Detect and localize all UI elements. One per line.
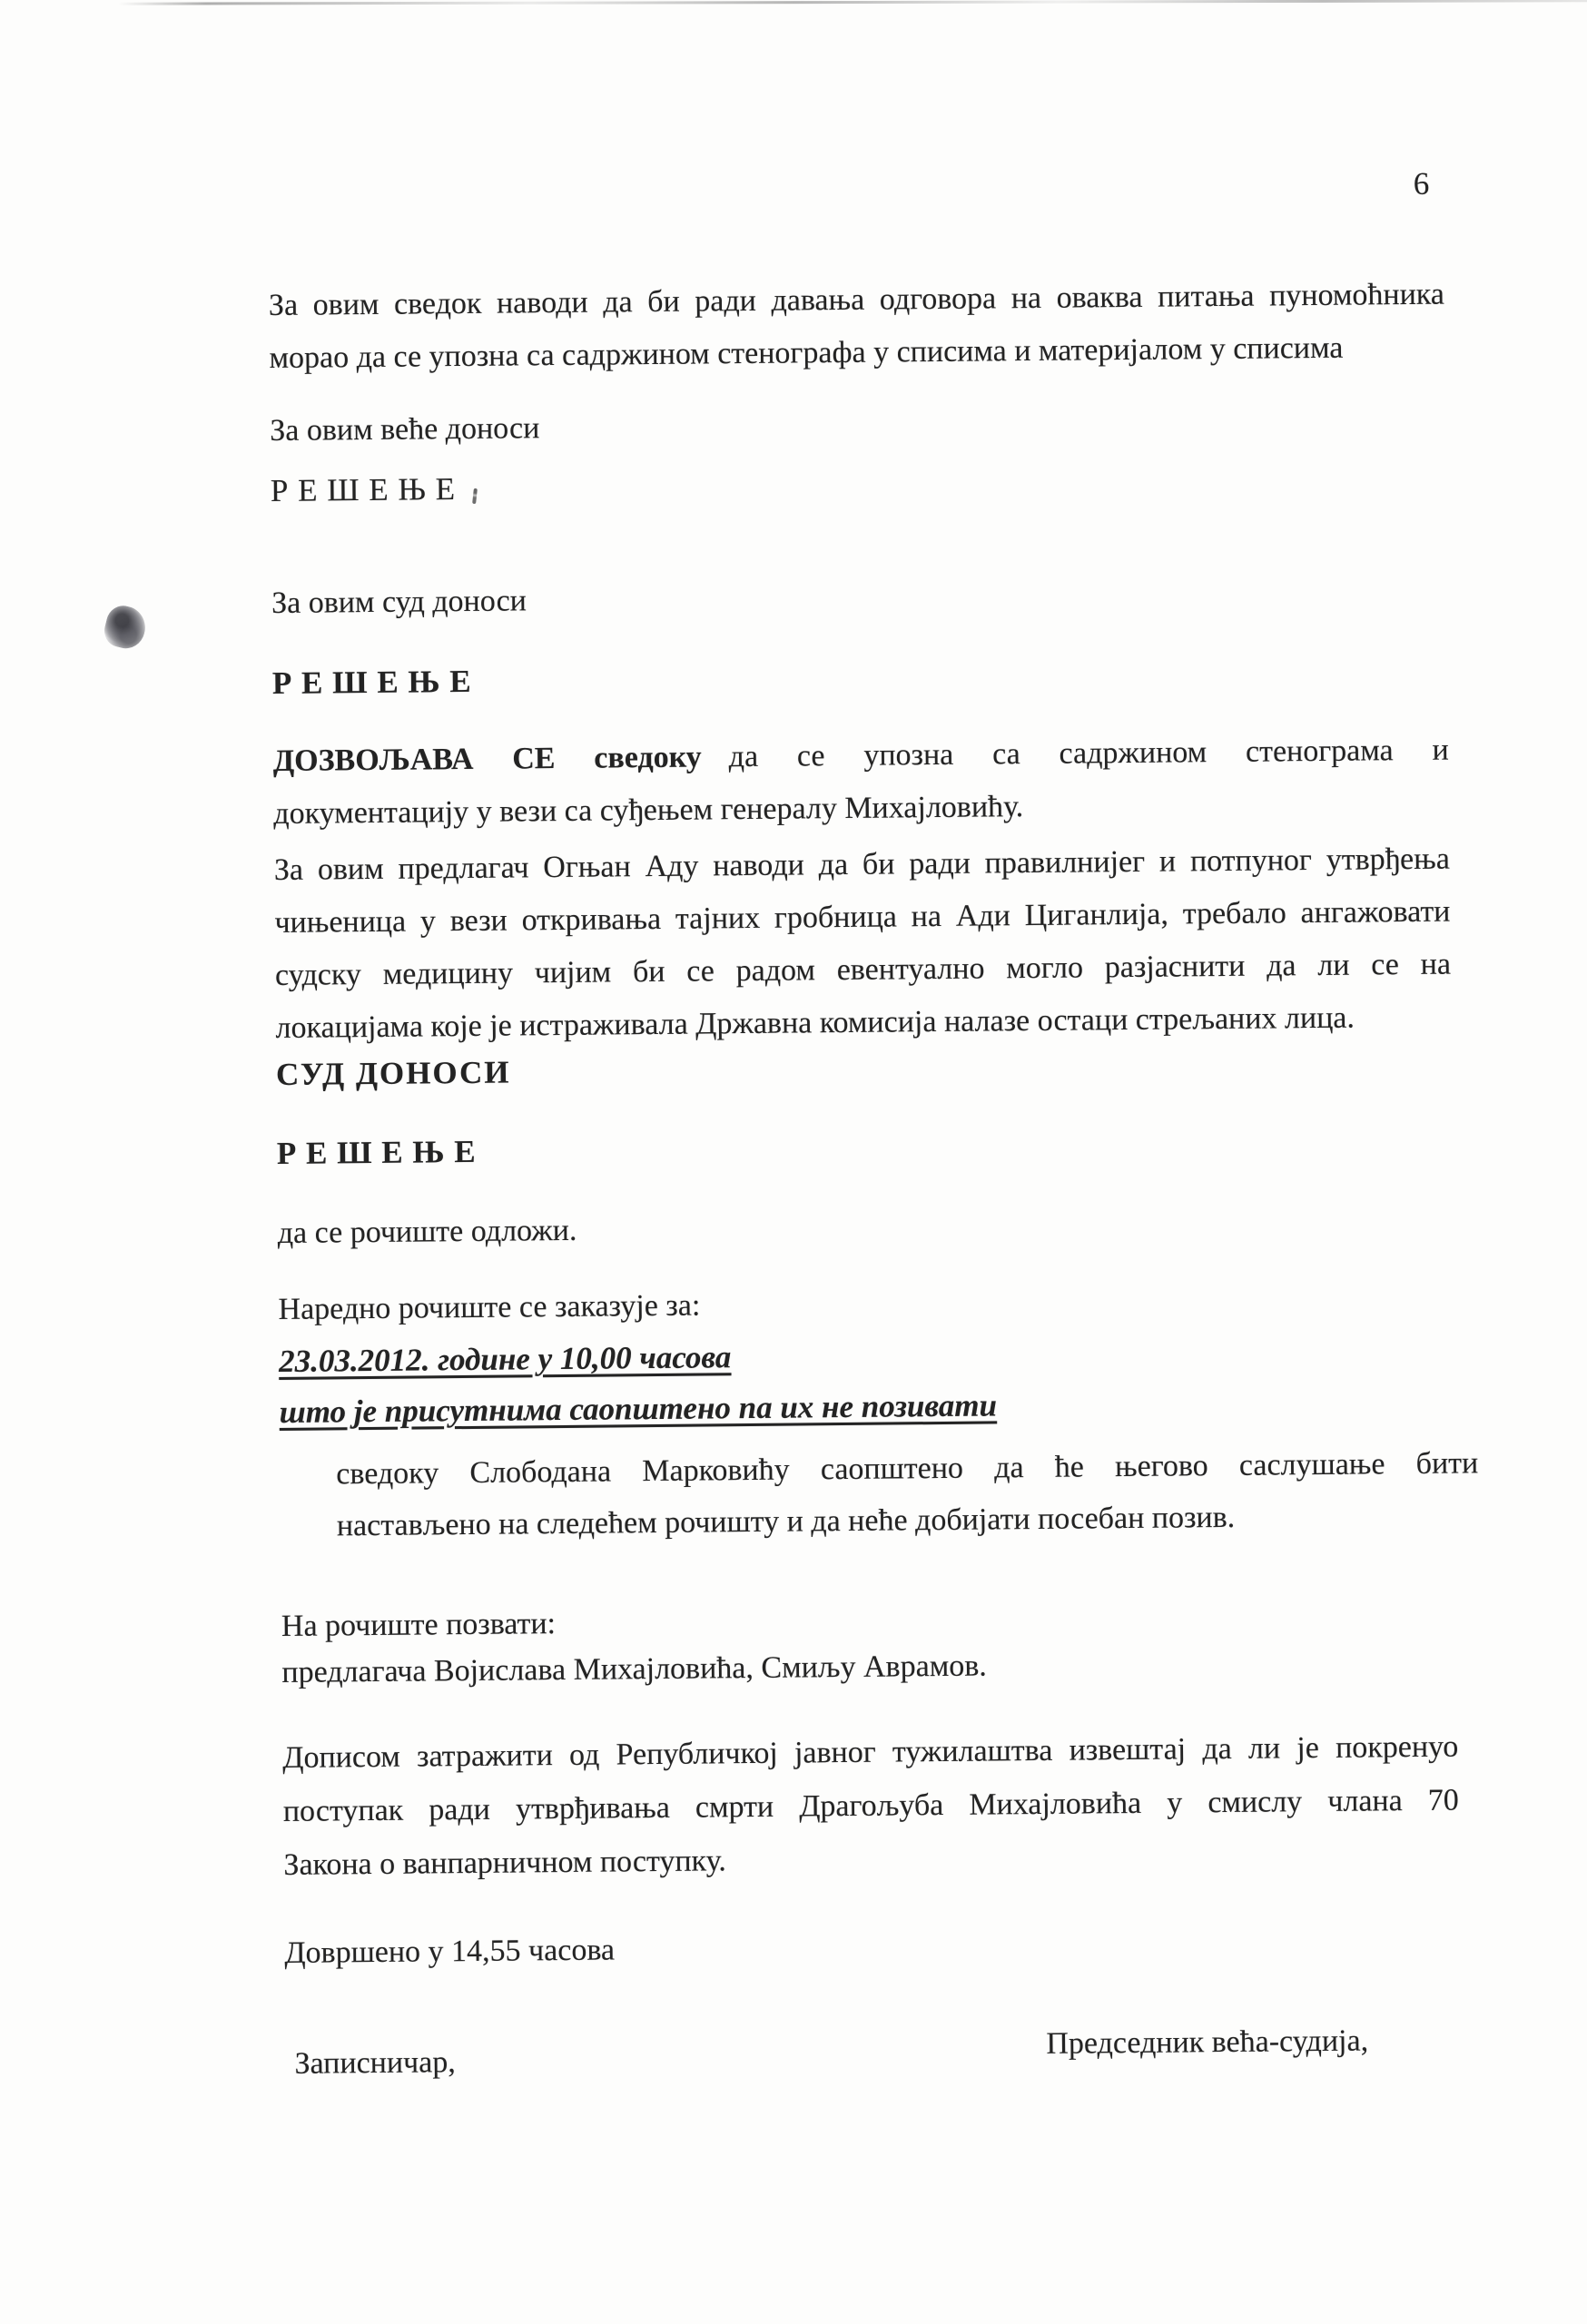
signature-row: Записничар, Председник већа-судија,: [285, 2036, 1462, 2102]
recorder-signature-label: Записничар,: [294, 2045, 456, 2082]
paragraph-vece-donosi: За овим веће доноси: [270, 400, 1445, 451]
page-number: 6: [1414, 164, 1430, 204]
decision-lead-text: ДОЗВОЉАВА СЕ сведоку: [273, 740, 702, 778]
judge-signature-label: Председник већа-судија,: [1046, 2024, 1368, 2062]
text-line: Закона о ванпарничном поступку.: [283, 1827, 1460, 1892]
paragraph-dovrseno: Довршено у 14,55 часова: [284, 1923, 1460, 1974]
paragraph-svedok-markovic: сведоку Слободана Марковићу саопштено да…: [336, 1437, 1479, 1551]
text-line: сведоку Слободана Марковићу саопштено да…: [336, 1437, 1478, 1500]
heading-resenje-2: Р Е Ш Е Њ Е: [272, 653, 1448, 704]
text-line: поступак ради утврђивања смрти Драгољуба…: [283, 1774, 1460, 1838]
scanned-court-document-page: 6 За овим сведок наводи да би ради давањ…: [0, 0, 1587, 2324]
heading-resenje-3: Р Е Ш Е Њ Е: [277, 1123, 1453, 1174]
paragraph-dozvoljava-se: ДОЗВОЉАВА СЕ сведокуда се упозна са садр…: [272, 724, 1449, 841]
ink-smudge-artifact: [101, 602, 150, 652]
text-line: документацију у вези са суђењем генералу…: [273, 777, 1449, 841]
hearing-date-line: 23.03.2012. године у 10,00 часова: [279, 1330, 1454, 1383]
paragraph-rociste-odlozi: да се рочиште одложи.: [278, 1203, 1454, 1254]
text-line: ДОЗВОЉАВА СЕ сведокуда се упозна са садр…: [272, 724, 1448, 788]
document-content: 6 За овим сведок наводи да би ради давањ…: [266, 0, 1464, 2324]
paragraph-predlagac-ognjan: За овим предлагач Огњан Аду наводи да би…: [274, 833, 1452, 1055]
paragraph-witness-statement: За овим сведок наводи да би ради давања …: [269, 269, 1445, 385]
paragraph-sud-donosi: За овим суд доноси: [271, 573, 1447, 624]
text-line: морао да се упозна са садржином стеногра…: [269, 321, 1444, 385]
heading-resenje-1: Р Е Ш Е Њ Е: [271, 460, 1446, 511]
paragraph-dopisom: Дописом затражити од Републичкој јавног …: [282, 1720, 1460, 1892]
paragraph-pozvati: На рочиште позвати: предлагача Војислава…: [281, 1592, 1458, 1696]
hearing-note-line: што је присутнима саопштено па их не поз…: [279, 1381, 1454, 1433]
decision-rest-text: да се упозна са садржином стенограма и: [729, 734, 1449, 774]
text-line: настављено на следећем рочишту и да неће…: [337, 1489, 1479, 1551]
paragraph-naredno-rociste: Наредно рочиште се заказује за:: [278, 1279, 1454, 1330]
